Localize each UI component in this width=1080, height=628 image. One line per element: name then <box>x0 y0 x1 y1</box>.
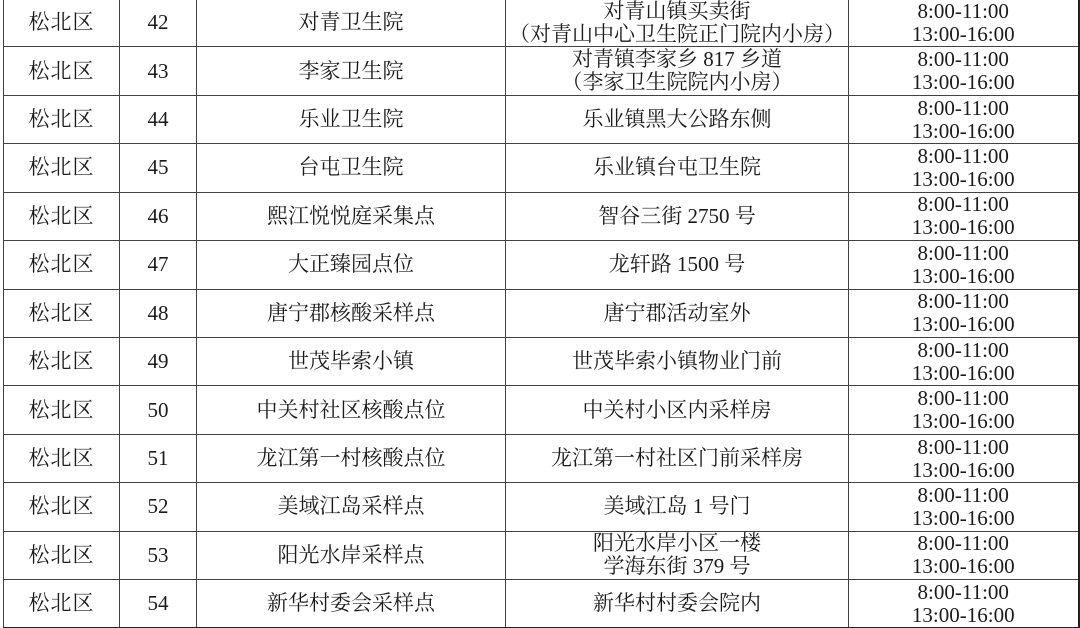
table-row: 松北区 50 中关村社区核酸点位 中关村小区内采样房 8:00-11:00 13… <box>4 386 1079 434</box>
address-cell: 唐宁郡活动室外 <box>506 289 849 337</box>
table-row: 松北区 43 李家卫生院 对青镇李家乡 817 乡道 （李家卫生院院内小房） 8… <box>4 47 1079 95</box>
row-number-cell: 50 <box>120 386 197 434</box>
district-cell: 松北区 <box>4 531 120 579</box>
address-cell: 龙江第一村社区门前采样房 <box>506 434 849 482</box>
district-cell: 松北区 <box>4 144 120 192</box>
address-cell: 阳光水岸小区一楼 学海东街 379 号 <box>506 531 849 579</box>
hours-cell: 8:00-11:00 13:00-16:00 <box>849 95 1079 143</box>
table-row: 松北区 54 新华村委会采样点 新华村村委会院内 8:00-11:00 13:0… <box>4 580 1079 628</box>
table-row: 松北区 44 乐业卫生院 乐业镇黑大公路东侧 8:00-11:00 13:00-… <box>4 95 1079 143</box>
hours-cell: 8:00-11:00 13:00-16:00 <box>849 47 1079 95</box>
address-cell: 乐业镇台屯卫生院 <box>506 144 849 192</box>
hours-cell: 8:00-11:00 13:00-16:00 <box>849 337 1079 385</box>
table-row: 松北区 49 世茂毕索小镇 世茂毕索小镇物业门前 8:00-11:00 13:0… <box>4 337 1079 385</box>
district-cell: 松北区 <box>4 289 120 337</box>
row-number-cell: 47 <box>120 241 197 289</box>
site-name-cell: 新华村委会采样点 <box>197 580 506 628</box>
district-cell: 松北区 <box>4 192 120 240</box>
row-number-cell: 42 <box>120 0 197 47</box>
address-cell: 智谷三街 2750 号 <box>506 192 849 240</box>
row-number-cell: 44 <box>120 95 197 143</box>
site-name-cell: 大正臻园点位 <box>197 241 506 289</box>
address-cell: 对青镇李家乡 817 乡道 （李家卫生院院内小房） <box>506 47 849 95</box>
district-cell: 松北区 <box>4 47 120 95</box>
site-name-cell: 龙江第一村核酸点位 <box>197 434 506 482</box>
site-name-cell: 乐业卫生院 <box>197 95 506 143</box>
row-number-cell: 45 <box>120 144 197 192</box>
address-cell: 对青山镇买卖街 （对青山中心卫生院正门院内小房） <box>506 0 849 47</box>
table-body: 松北区 42 对青卫生院 对青山镇买卖街 （对青山中心卫生院正门院内小房） 8:… <box>4 0 1079 628</box>
site-name-cell: 对青卫生院 <box>197 0 506 47</box>
district-cell: 松北区 <box>4 434 120 482</box>
hours-cell: 8:00-11:00 13:00-16:00 <box>849 580 1079 628</box>
table-row: 松北区 53 阳光水岸采样点 阳光水岸小区一楼 学海东街 379 号 8:00-… <box>4 531 1079 579</box>
hours-cell: 8:00-11:00 13:00-16:00 <box>849 192 1079 240</box>
table-row: 松北区 47 大正臻园点位 龙轩路 1500 号 8:00-11:00 13:0… <box>4 241 1079 289</box>
table-row: 松北区 51 龙江第一村核酸点位 龙江第一村社区门前采样房 8:00-11:00… <box>4 434 1079 482</box>
address-cell: 美域江岛 1 号门 <box>506 483 849 531</box>
table-row: 松北区 46 熙江悦悦庭采集点 智谷三街 2750 号 8:00-11:00 1… <box>4 192 1079 240</box>
hours-cell: 8:00-11:00 13:00-16:00 <box>849 241 1079 289</box>
site-name-cell: 熙江悦悦庭采集点 <box>197 192 506 240</box>
district-cell: 松北区 <box>4 483 120 531</box>
row-number-cell: 51 <box>120 434 197 482</box>
site-name-cell: 李家卫生院 <box>197 47 506 95</box>
district-cell: 松北区 <box>4 337 120 385</box>
hours-cell: 8:00-11:00 13:00-16:00 <box>849 531 1079 579</box>
site-name-cell: 阳光水岸采样点 <box>197 531 506 579</box>
row-number-cell: 48 <box>120 289 197 337</box>
district-cell: 松北区 <box>4 386 120 434</box>
site-name-cell: 唐宁郡核酸采样点 <box>197 289 506 337</box>
address-cell: 世茂毕索小镇物业门前 <box>506 337 849 385</box>
hours-cell: 8:00-11:00 13:00-16:00 <box>849 144 1079 192</box>
site-name-cell: 世茂毕索小镇 <box>197 337 506 385</box>
address-cell: 龙轩路 1500 号 <box>506 241 849 289</box>
row-number-cell: 52 <box>120 483 197 531</box>
row-number-cell: 46 <box>120 192 197 240</box>
hours-cell: 8:00-11:00 13:00-16:00 <box>849 289 1079 337</box>
site-name-cell: 美域江岛采样点 <box>197 483 506 531</box>
district-cell: 松北区 <box>4 0 120 47</box>
table-row: 松北区 48 唐宁郡核酸采样点 唐宁郡活动室外 8:00-11:00 13:00… <box>4 289 1079 337</box>
district-cell: 松北区 <box>4 95 120 143</box>
row-number-cell: 49 <box>120 337 197 385</box>
row-number-cell: 53 <box>120 531 197 579</box>
sampling-sites-table: 松北区 42 对青卫生院 对青山镇买卖街 （对青山中心卫生院正门院内小房） 8:… <box>3 0 1080 628</box>
document-page: 松北区 42 对青卫生院 对青山镇买卖街 （对青山中心卫生院正门院内小房） 8:… <box>0 0 1080 628</box>
hours-cell: 8:00-11:00 13:00-16:00 <box>849 0 1079 47</box>
address-cell: 中关村小区内采样房 <box>506 386 849 434</box>
table-row: 松北区 52 美域江岛采样点 美域江岛 1 号门 8:00-11:00 13:0… <box>4 483 1079 531</box>
table-row: 松北区 45 台屯卫生院 乐业镇台屯卫生院 8:00-11:00 13:00-1… <box>4 144 1079 192</box>
hours-cell: 8:00-11:00 13:00-16:00 <box>849 434 1079 482</box>
row-number-cell: 43 <box>120 47 197 95</box>
site-name-cell: 台屯卫生院 <box>197 144 506 192</box>
site-name-cell: 中关村社区核酸点位 <box>197 386 506 434</box>
table-row: 松北区 42 对青卫生院 对青山镇买卖街 （对青山中心卫生院正门院内小房） 8:… <box>4 0 1079 47</box>
address-cell: 乐业镇黑大公路东侧 <box>506 95 849 143</box>
district-cell: 松北区 <box>4 241 120 289</box>
address-cell: 新华村村委会院内 <box>506 580 849 628</box>
row-number-cell: 54 <box>120 580 197 628</box>
hours-cell: 8:00-11:00 13:00-16:00 <box>849 483 1079 531</box>
hours-cell: 8:00-11:00 13:00-16:00 <box>849 386 1079 434</box>
district-cell: 松北区 <box>4 580 120 628</box>
